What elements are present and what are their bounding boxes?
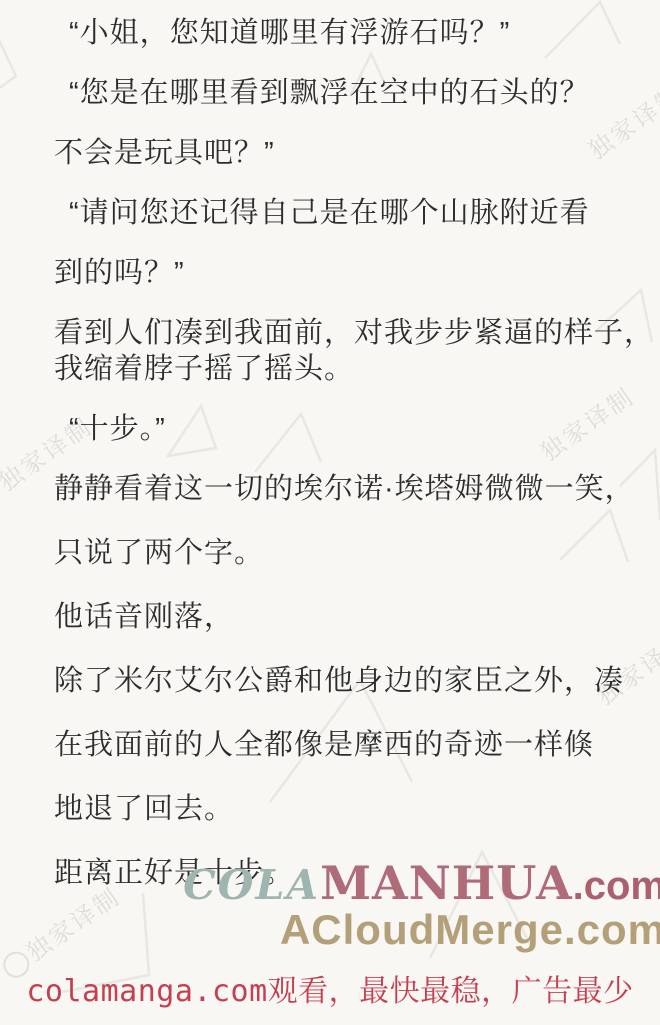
story-line: 不会是玩具吧？” xyxy=(54,133,660,174)
cola-wordmark: COLA xyxy=(183,861,320,909)
dotcom-suffix: .com xyxy=(573,864,660,908)
story-line: 只说了两个字。 xyxy=(54,533,660,574)
story-line: 我缩着脖子摇了摇头。 xyxy=(54,349,660,390)
story-line: “您是在哪里看到飘浮在空中的石头的？ xyxy=(69,73,660,114)
comic-reader-page: 独家译制 独家译制 独家译制 独家译制 独家译制 “小姐，您知道哪里有浮游石吗？… xyxy=(0,0,660,1025)
site-watermark: COLAMANHUA.com ACloudMerge.com xyxy=(183,860,660,951)
promo-banner: colamanga.com观看，最快最稳，广告最少 xyxy=(0,966,660,1010)
story-line: 他话音刚落， xyxy=(54,597,660,638)
watermark-triangle-icon xyxy=(0,30,16,92)
story-line: 除了米尔艾尔公爵和他身边的家臣之外，凑 xyxy=(54,661,660,702)
acloudmerge-wordmark: ACloudMerge.com xyxy=(183,909,660,951)
story-line: 在我面前的人全都像是摩西的奇迹一样倏 xyxy=(54,725,660,766)
story-line: “请问您还记得自己是在哪个山脉附近看 xyxy=(69,193,660,234)
story-line: “小姐，您知道哪里有浮游石吗？” xyxy=(69,13,660,54)
story-text-block: “小姐，您知道哪里有浮游石吗？” “您是在哪里看到飘浮在空中的石头的？ 不会是玩… xyxy=(54,13,660,913)
manhua-wordmark: MANHUA xyxy=(320,856,573,910)
story-line: 看到人们凑到我面前，对我步步紧逼的样子， xyxy=(54,313,660,354)
story-line: 静静看着这一切的埃尔诺·埃塔姆微微一笑， xyxy=(54,469,660,510)
story-line: 地退了回去。 xyxy=(54,789,660,830)
story-line: 到的吗？” xyxy=(54,253,660,294)
colamanhua-wordmark: COLAMANHUA.com xyxy=(183,860,660,906)
story-line: “十步。” xyxy=(69,409,660,450)
